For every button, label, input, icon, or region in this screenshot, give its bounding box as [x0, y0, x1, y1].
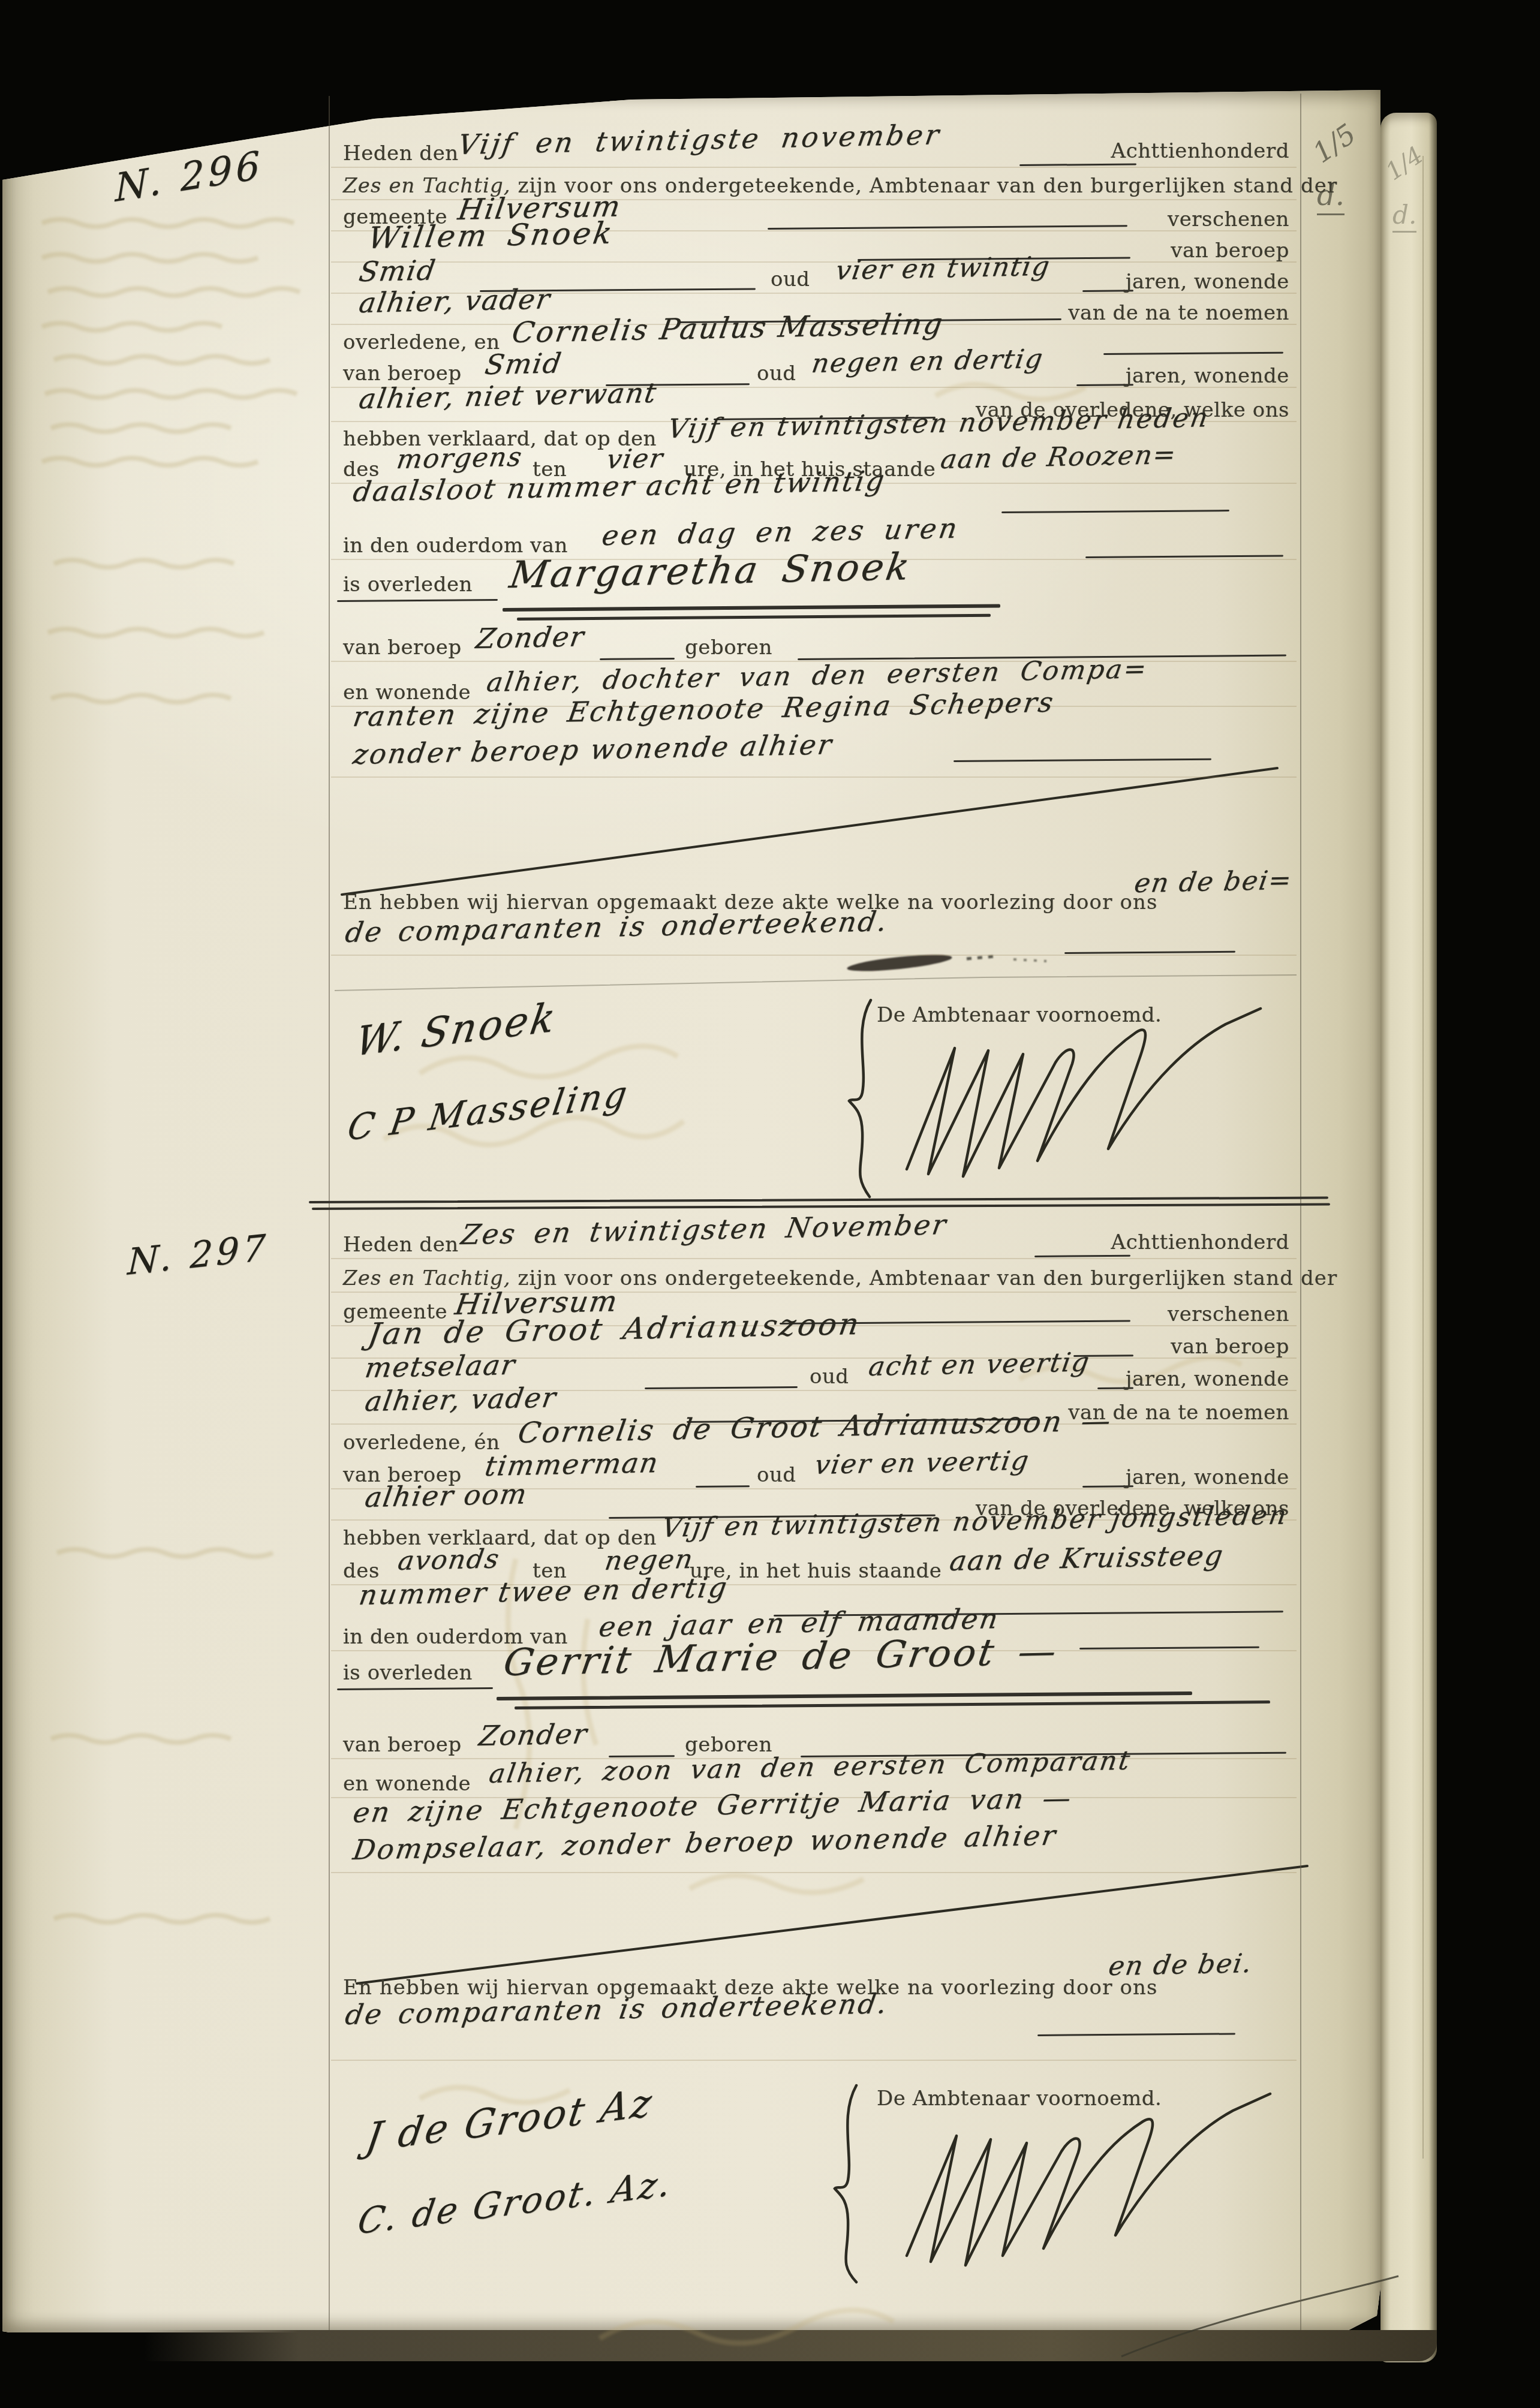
printed-heden-den: Heden den — [343, 1233, 459, 1257]
printed-verschenen: verschenen — [1168, 1302, 1289, 1326]
guide-line — [331, 1258, 1297, 1259]
hw-age2: negen en dertig — [810, 344, 1046, 379]
printed-oud: oud — [757, 362, 796, 386]
book-bottom-edge — [144, 2330, 1437, 2361]
hw-relation2: alhier oom — [363, 1477, 530, 1513]
printed-overledene-en: overledene, én — [343, 1431, 500, 1455]
hw-beroep3: Zonder — [474, 620, 587, 655]
printed-oud: oud — [757, 1463, 796, 1487]
hw-beroep2: Smid — [483, 347, 564, 381]
printed-oud: oud — [810, 1365, 849, 1389]
printed-is-overleden: is overleden — [343, 573, 473, 597]
printed-jaren-wonende: jaren, wonende — [1126, 1465, 1289, 1489]
guide-line — [331, 955, 1297, 956]
hw-relation1: alhier, vader — [363, 1381, 559, 1417]
printed-achttienhonderd: Achttienhonderd — [1111, 139, 1289, 163]
printed-geboren: geboren — [685, 636, 772, 660]
printed-ambtenaar: De Ambtenaar voornoemd. — [877, 1003, 1162, 1027]
register-page-scan: 1/5 d. 1/4 d. N. 296 Heden den Vijf en t… — [0, 0, 1540, 2408]
printed-van-beroep: van beroep — [343, 636, 462, 660]
next-page-margin-line — [1422, 156, 1424, 2159]
hw-relation2: alhier, niet verwant — [357, 377, 660, 415]
hw-age1: acht en veertig — [867, 1347, 1092, 1382]
hw-beroep3: Zonder — [477, 1717, 590, 1752]
hw-daypart: avonds — [396, 1543, 502, 1576]
hw-closing1: en de bei= — [1132, 865, 1295, 899]
next-page-edge — [1380, 113, 1437, 2362]
hw-daypart: morgens — [395, 442, 525, 475]
edge-pencil-note-d: d. — [1392, 200, 1416, 233]
printed-line2-italic: Zes en Tachtig, — [343, 1266, 511, 1290]
printed-overledene-en: overledene, en — [343, 330, 500, 354]
printed-achttienhonderd: Achttienhonderd — [1111, 1230, 1289, 1254]
guide-line — [331, 776, 1297, 778]
printed-line2-rest: zijn voor ons ondergeteekende, Ambtenaar… — [511, 174, 1338, 198]
hw-relation1: alhier, vader — [357, 282, 553, 319]
hw-beroep2: timmerman — [483, 1446, 661, 1482]
guide-line — [331, 2060, 1297, 2061]
hw-closing1: en de bei. — [1106, 1948, 1255, 1982]
hw-age1: vier en twintig — [834, 251, 1052, 286]
printed-jaren-wonende: jaren, wonende — [1126, 270, 1289, 294]
printed-oud: oud — [771, 267, 810, 291]
printed-heden-den: Heden den — [343, 142, 459, 165]
printed-jaren-wonende: jaren, wonende — [1126, 1367, 1289, 1391]
printed-van-beroep: van beroep — [343, 1733, 462, 1757]
hw-beroep1: metselaar — [363, 1349, 518, 1384]
printed-jaren-wonende: jaren, wonende — [1126, 364, 1289, 388]
printed-van-beroep: van beroep — [1171, 1335, 1289, 1359]
right-margin-rule — [1300, 94, 1301, 2330]
printed-line2-rest: zijn voor ons ondergeteekende, Ambtenaar… — [511, 1266, 1338, 1290]
guide-line — [331, 261, 1297, 263]
printed-van-beroep: van beroep — [1171, 239, 1289, 263]
printed-en-wonende: en wonende — [343, 1772, 471, 1796]
guide-line — [331, 1872, 1297, 1873]
printed-verschenen: verschenen — [1168, 207, 1289, 231]
hw-address1: aan de Roozen= — [939, 440, 1179, 475]
hw-deceased-name: Margaretha Snoek — [507, 544, 915, 597]
hw-beroep1: Smid — [357, 254, 438, 288]
hw-age2: vier en veertig — [813, 1446, 1031, 1480]
printed-is-overleden: is overleden — [343, 1661, 473, 1685]
hw-comparant1: Willem Snoek — [366, 215, 616, 255]
guide-line — [331, 167, 1297, 168]
printed-van-de-na-te-noemen: van de na te noemen — [1068, 301, 1289, 325]
left-margin-rule — [329, 96, 330, 2330]
hw-address1: aan de Kruissteeg — [948, 1539, 1226, 1577]
printed-ambtenaar: De Ambtenaar voornoemd. — [877, 2087, 1162, 2111]
